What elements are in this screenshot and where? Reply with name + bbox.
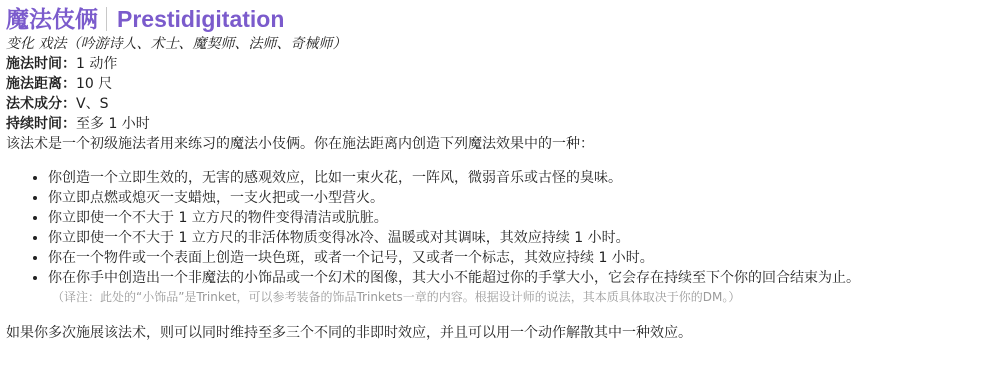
effects-list: 你创造一个立即生效的，无害的感观效应，比如一束火花，一阵风，微弱音乐或古怪的臭味… — [6, 168, 994, 288]
list-item: 你创造一个立即生效的，无害的感观效应，比如一束火花，一阵风，微弱音乐或古怪的臭味… — [48, 168, 994, 188]
spell-description: 该法术是一个初级施法者用来练习的魔法小伎俩。你在施法距离内创造下列魔法效果中的一… — [6, 134, 994, 154]
title-separator — [106, 7, 107, 31]
stat-value: 10 尺 — [76, 76, 112, 92]
stat-casting-time: 施法时间：1 动作 — [6, 54, 994, 74]
list-item: 你在一个物件或一个表面上创造一块色斑，或者一个记号，又或者一个标志，其效应持续 … — [48, 248, 994, 268]
spell-name-zh: 魔法伎俩 — [6, 4, 98, 34]
stat-value: 1 动作 — [76, 56, 117, 72]
spell-title: 魔法伎俩 Prestidigitation — [6, 4, 994, 34]
spell-school: 变化 戏法（吟游诗人、术士、魔契师、法师、奇械师） — [6, 34, 994, 54]
stat-label: 法术成分： — [6, 96, 76, 112]
stat-value: V、S — [76, 96, 108, 112]
list-item: 你在你手中创造出一个非魔法的小饰品或一个幻术的图像，其大小不能超过你的手掌大小，… — [48, 268, 994, 288]
list-item: 你立即点燃或熄灭一支蜡烛，一支火把或一小型营火。 — [48, 188, 994, 208]
stat-duration: 持续时间：至多 1 小时 — [6, 114, 994, 134]
stat-value: 至多 1 小时 — [76, 116, 150, 132]
list-item: 你立即使一个不大于 1 立方尺的物件变得清洁或肮脏。 — [48, 208, 994, 228]
stat-range: 施法距离：10 尺 — [6, 74, 994, 94]
spell-card: 魔法伎俩 Prestidigitation 变化 戏法（吟游诗人、术士、魔契师、… — [0, 0, 1000, 343]
spell-outro: 如果你多次施展该法术，则可以同时维持至多三个不同的非即时效应，并且可以用一个动作… — [6, 323, 994, 343]
stat-label: 施法时间： — [6, 56, 76, 72]
stat-label: 持续时间： — [6, 116, 76, 132]
stat-label: 施法距离： — [6, 76, 76, 92]
stat-components: 法术成分：V、S — [6, 94, 994, 114]
spell-name-en: Prestidigitation — [117, 4, 284, 34]
list-item: 你立即使一个不大于 1 立方尺的非活体物质变得冰冷、温暖或对其调味，其效应持续 … — [48, 228, 994, 248]
translator-note: （译注：此处的“小饰品”是Trinket，可以参考装备的饰品Trinkets一章… — [6, 288, 994, 306]
